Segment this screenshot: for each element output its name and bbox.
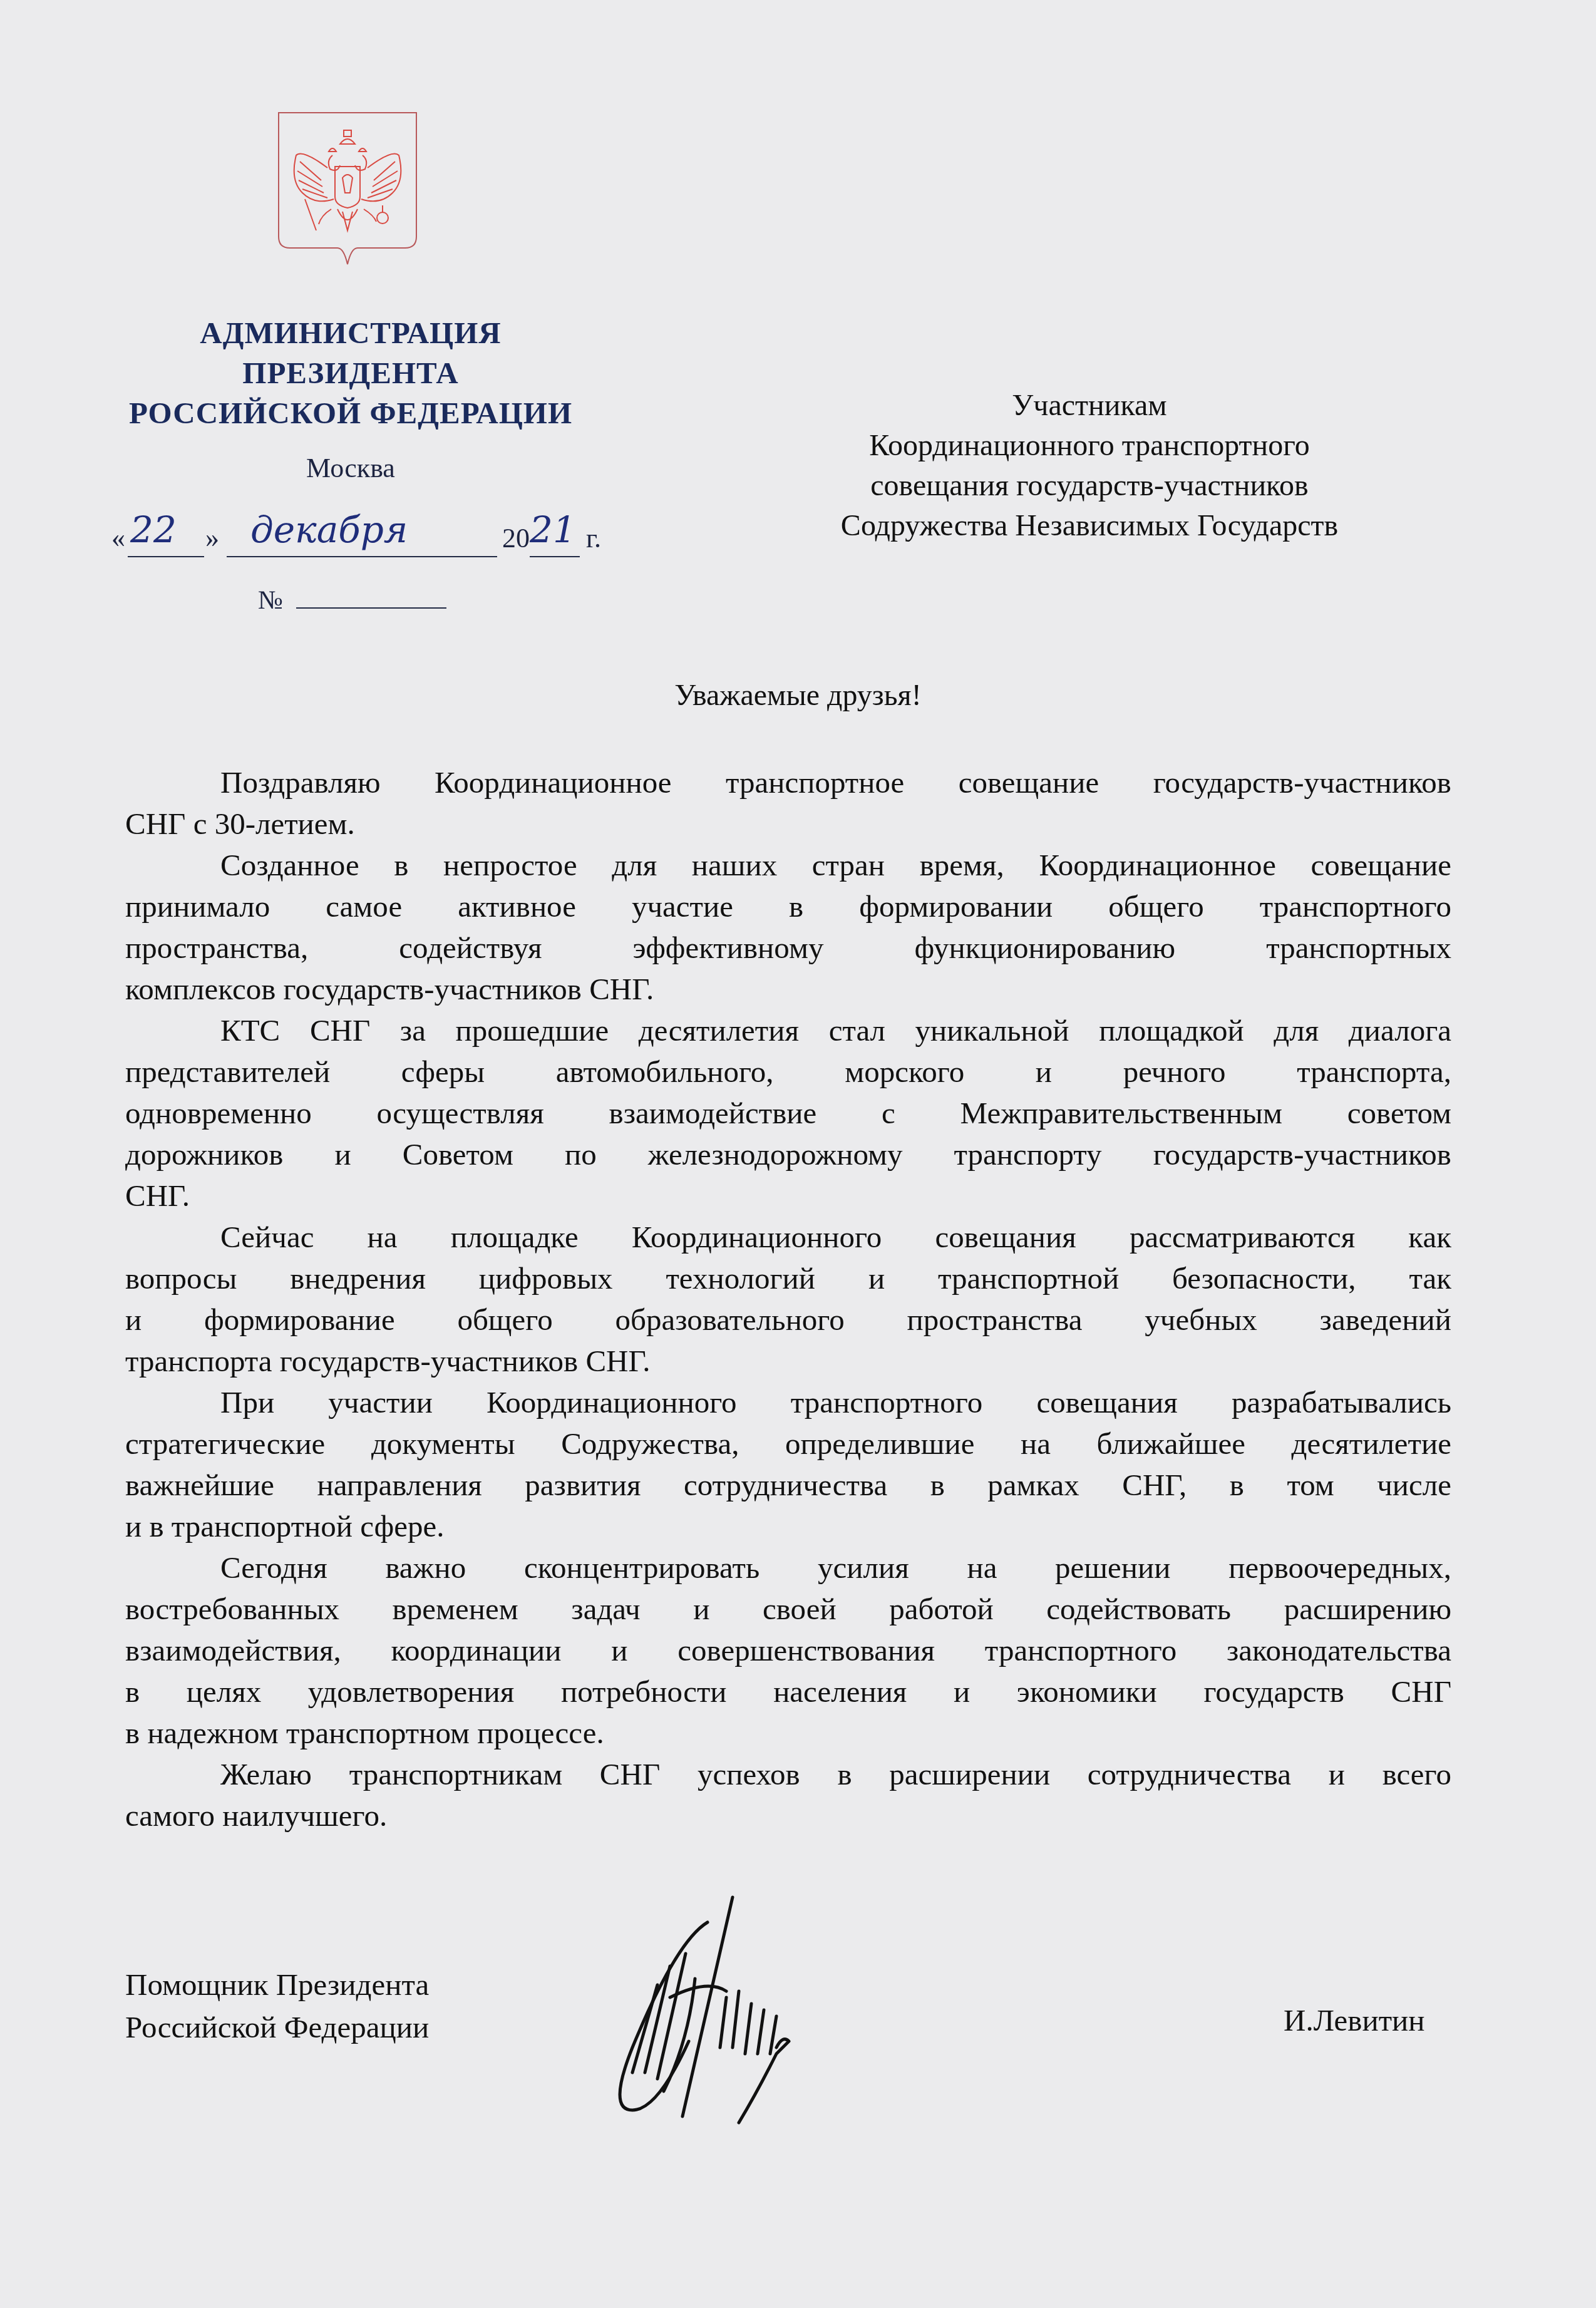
signer-name: И.Левитин bbox=[1284, 2002, 1425, 2038]
body-line: транспорта государств-участников СНГ. bbox=[125, 1342, 1451, 1380]
body-line: самого наилучшего. bbox=[125, 1797, 1451, 1835]
body-line: СНГ. bbox=[125, 1177, 1451, 1215]
signer-title-line-2: Российской Федерации bbox=[125, 2006, 429, 2049]
date-year-suffix: 21 bbox=[530, 508, 576, 551]
body-line: Сегодня важно сконцентрировать усилия на… bbox=[220, 1549, 1451, 1587]
body-line: представителей сферы автомобильного, мор… bbox=[125, 1053, 1451, 1091]
letterhead-line-administration: АДМИНИСТРАЦИЯ bbox=[113, 313, 589, 353]
body-line: При участии Координационного транспортно… bbox=[220, 1384, 1451, 1421]
date-open-quote: « bbox=[111, 522, 125, 554]
month-underline bbox=[227, 556, 497, 557]
body-line: взаимодействия, координации и совершенст… bbox=[125, 1632, 1451, 1669]
date-line: « 22 » декабря 20 21 г. bbox=[106, 508, 607, 559]
body-line: дорожников и Советом по железнодорожному… bbox=[125, 1136, 1451, 1173]
document-number-line: № bbox=[258, 585, 446, 616]
body-line: одновременно осуществляя взаимодействие … bbox=[125, 1095, 1451, 1132]
body-line: и формирование общего образовательного п… bbox=[125, 1301, 1451, 1339]
body-line: Поздравляю Координационное транспортное … bbox=[220, 764, 1451, 801]
letterhead-line-president: ПРЕЗИДЕНТА bbox=[113, 353, 589, 393]
number-label: № bbox=[258, 586, 283, 615]
city: Москва bbox=[113, 452, 589, 484]
salutation: Уважаемые друзья! bbox=[0, 678, 1596, 713]
body-line: пространства, содействуя эффективному фу… bbox=[125, 929, 1451, 967]
body-line: СНГ с 30-летием. bbox=[125, 805, 1451, 843]
addressee-line-1: Участникам bbox=[745, 386, 1434, 426]
body-line: Желаю транспортникам СНГ успехов в расши… bbox=[220, 1756, 1451, 1793]
date-month: декабря bbox=[250, 508, 408, 551]
body-line: стратегические документы Содружества, оп… bbox=[125, 1425, 1451, 1463]
body-line: в надежном транспортном процессе. bbox=[125, 1714, 1451, 1752]
body-line: комплексов государств-участников СНГ. bbox=[125, 971, 1451, 1008]
year-underline bbox=[530, 556, 580, 557]
addressee-line-3: совещания государств-участников bbox=[745, 466, 1434, 506]
date-day: 22 bbox=[130, 508, 177, 551]
body-line: Сейчас на площадке Координационного сове… bbox=[220, 1218, 1451, 1256]
handwritten-signature-icon bbox=[576, 1885, 927, 2135]
body-line: важнейшие направления развития сотруднич… bbox=[125, 1466, 1451, 1504]
day-underline bbox=[128, 556, 204, 557]
body-line: Созданное в непростое для наших стран вр… bbox=[220, 847, 1451, 884]
letterhead-line-federation: РОССИЙСКОЙ ФЕДЕРАЦИИ bbox=[113, 393, 589, 433]
body-line: вопросы внедрения цифровых технологий и … bbox=[125, 1260, 1451, 1297]
body-line: принимало самое активное участие в форми… bbox=[125, 888, 1451, 925]
date-year-label: г. bbox=[586, 522, 601, 554]
body-line: востребованных временем задач и своей ра… bbox=[125, 1590, 1451, 1628]
russian-coat-of-arms-icon bbox=[277, 111, 418, 277]
date-close-quote: » bbox=[205, 522, 219, 554]
signer-title-line-1: Помощник Президента bbox=[125, 1964, 429, 2006]
addressee-line-2: Координационного транспортного bbox=[745, 426, 1434, 466]
body-line: КТС СНГ за прошедшие десятилетия стал ун… bbox=[220, 1012, 1451, 1049]
body-line: в целях удовлетворения потребности насел… bbox=[125, 1673, 1451, 1711]
body-line: и в транспортной сфере. bbox=[125, 1508, 1451, 1545]
date-year-prefix: 20 bbox=[502, 522, 530, 554]
addressee-line-4: Содружества Независимых Государств bbox=[745, 506, 1434, 546]
number-value bbox=[296, 586, 446, 609]
